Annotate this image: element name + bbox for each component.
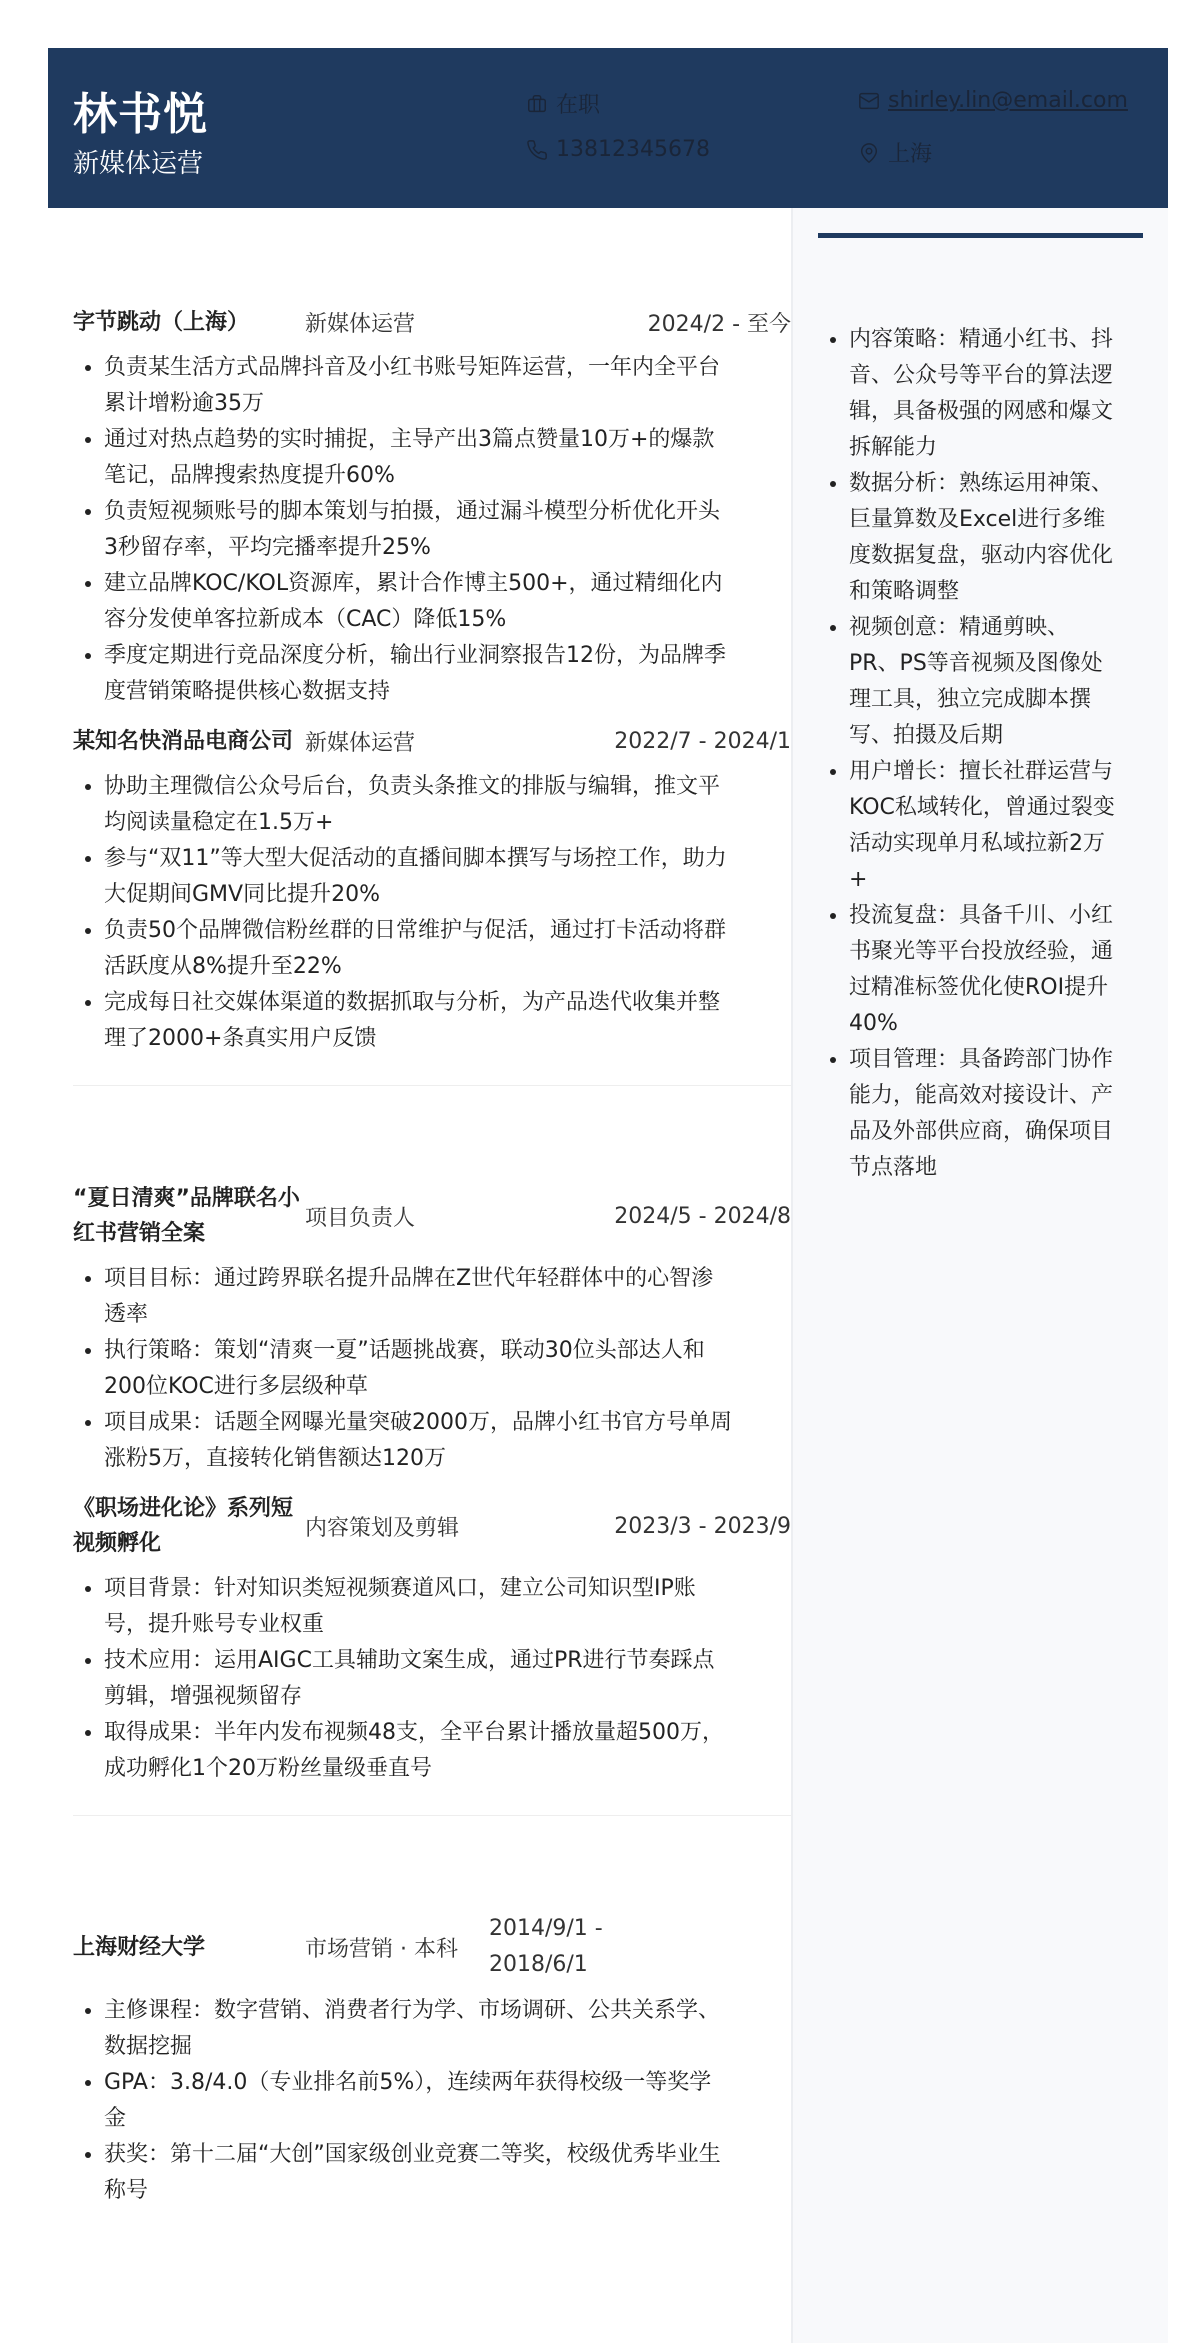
entry-org: 字节跳动（上海） bbox=[73, 305, 305, 340]
skill-item: 数据分析：熟练运用神策、巨量算数及Excel进行多维度数据复盘，驱动内容优化和策… bbox=[849, 466, 1119, 610]
bullet-item: 主修课程：数字营销、消费者行为学、市场调研、公共关系学、数据挖掘 bbox=[104, 1993, 732, 2065]
main-column: 字节跳动（上海） 新媒体运营 2024/2 - 至今 负责某生活方式品牌抖音及小… bbox=[48, 208, 791, 2343]
project-entry: 《职场进化论》系列短视频孵化 内容策划及剪辑 2023/3 - 2023/9 项… bbox=[73, 1491, 791, 1787]
bullet-item: 获奖：第十二届“大创”国家级创业竞赛二等奖，校级优秀毕业生称号 bbox=[104, 2137, 732, 2209]
bullet-item: 负责短视频账号的脚本策划与拍摄，通过漏斗模型分析优化开头3秒留存率，平均完播率提… bbox=[104, 494, 732, 566]
projects-section: “夏日清爽”品牌联名小红书营销全案 项目负责人 2024/5 - 2024/8 … bbox=[73, 1086, 791, 1816]
contact-status: 在职 bbox=[526, 88, 600, 119]
entry-header: 《职场进化论》系列短视频孵化 内容策划及剪辑 2023/3 - 2023/9 bbox=[73, 1491, 791, 1561]
entry-role: 内容策划及剪辑 bbox=[305, 1511, 505, 1542]
bullet-item: 参与“双11”等大型大促活动的直播间脚本撰写与场控工作，助力大促期间GMV同比提… bbox=[104, 841, 732, 913]
status-text: 在职 bbox=[556, 88, 600, 119]
contact-phone: 13812345678 bbox=[526, 137, 710, 162]
resume-header: 林书悦 新媒体运营 在职 13812345678 shirley.lin@ema… bbox=[48, 48, 1168, 208]
work-entry: 字节跳动（上海） 新媒体运营 2024/2 - 至今 负责某生活方式品牌抖音及小… bbox=[73, 305, 791, 710]
skill-item: 视频创意：精通剪映、PR、PS等音视频及图像处理工具，独立完成脚本撰写、拍摄及后… bbox=[849, 610, 1119, 754]
skill-item: 投流复盘：具备千川、小红书聚光等平台投放经验，通过精准标签优化使ROI提升40% bbox=[849, 898, 1119, 1042]
location-text: 上海 bbox=[888, 137, 932, 168]
mail-icon bbox=[858, 90, 880, 112]
entry-date: 2024/5 - 2024/8 bbox=[505, 1204, 791, 1229]
entry-org: “夏日清爽”品牌联名小红书营销全案 bbox=[73, 1181, 305, 1251]
bullet-item: 项目目标：通过跨界联名提升品牌在Z世代年轻群体中的心智渗透率 bbox=[104, 1261, 732, 1333]
entry-bullets: 协助主理微信公众号后台，负责头条推文的排版与编辑，推文平均阅读量稳定在1.5万+… bbox=[73, 769, 791, 1057]
map-pin-icon bbox=[858, 142, 880, 164]
entry-date: 2024/2 - 至今 bbox=[505, 307, 791, 338]
bullet-item: 建立品牌KOC/KOL资源库，累计合作博主500+，通过精细化内容分发使单客拉新… bbox=[104, 566, 732, 638]
bullet-item: 执行策略：策划“清爽一夏”话题挑战赛，联动30位头部达人和200位KOC进行多层… bbox=[104, 1333, 732, 1405]
entry-bullets: 主修课程：数字营销、消费者行为学、市场调研、公共关系学、数据挖掘 GPA：3.8… bbox=[73, 1993, 791, 2209]
contact-location: 上海 bbox=[858, 137, 932, 168]
skill-item: 项目管理：具备跨部门协作能力，能高效对接设计、产品及外部供应商，确保项目节点落地 bbox=[849, 1042, 1119, 1186]
entry-org: 《职场进化论》系列短视频孵化 bbox=[73, 1491, 305, 1561]
sidebar-accent-bar bbox=[818, 233, 1143, 238]
entry-org: 某知名快消品电商公司 bbox=[73, 724, 305, 759]
bullet-item: GPA：3.8/4.0（专业排名前5%），连续两年获得校级一等奖学金 bbox=[104, 2065, 732, 2137]
bullet-item: 通过对热点趋势的实时捕捉，主导产出3篇点赞量10万+的爆款笔记，品牌搜索热度提升… bbox=[104, 422, 732, 494]
work-section: 字节跳动（上海） 新媒体运营 2024/2 - 至今 负责某生活方式品牌抖音及小… bbox=[73, 208, 791, 1086]
contact-email: shirley.lin@email.com bbox=[858, 88, 1128, 113]
entry-role: 新媒体运营 bbox=[305, 726, 505, 757]
bullet-item: 取得成果：半年内发布视频48支，全平台累计播放量超500万，成功孵化1个20万粉… bbox=[104, 1715, 732, 1787]
entry-header: 某知名快消品电商公司 新媒体运营 2022/7 - 2024/1 bbox=[73, 724, 791, 759]
skills-list: 内容策略：精通小红书、抖音、公众号等平台的算法逻辑，具备极强的网感和爆文拆解能力… bbox=[818, 322, 1143, 1186]
entry-header: “夏日清爽”品牌联名小红书营销全案 项目负责人 2024/5 - 2024/8 bbox=[73, 1181, 791, 1251]
bullet-item: 完成每日社交媒体渠道的数据抓取与分析，为产品迭代收集并整理了2000+条真实用户… bbox=[104, 985, 732, 1057]
entry-header: 字节跳动（上海） 新媒体运营 2024/2 - 至今 bbox=[73, 305, 791, 340]
bullet-item: 技术应用：运用AIGC工具辅助文案生成，通过PR进行节奏踩点剪辑，增强视频留存 bbox=[104, 1643, 732, 1715]
entry-date: 2022/7 - 2024/1 bbox=[505, 729, 791, 754]
resume-body: 字节跳动（上海） 新媒体运营 2024/2 - 至今 负责某生活方式品牌抖音及小… bbox=[48, 208, 1168, 2343]
entry-bullets: 项目背景：针对知识类短视频赛道风口，建立公司知识型IP账号，提升账号专业权重 技… bbox=[73, 1571, 791, 1787]
phone-text: 13812345678 bbox=[556, 137, 710, 162]
entry-date: 2014/9/1 - 2018/6/1 bbox=[489, 1911, 649, 1983]
entry-role: 新媒体运营 bbox=[305, 307, 505, 338]
phone-icon bbox=[526, 139, 548, 161]
entry-org: 上海财经大学 bbox=[73, 1930, 305, 1965]
skill-item: 内容策略：精通小红书、抖音、公众号等平台的算法逻辑，具备极强的网感和爆文拆解能力 bbox=[849, 322, 1119, 466]
entry-header: 上海财经大学 市场营销 · 本科 2014/9/1 - 2018/6/1 bbox=[73, 1911, 791, 1983]
bullet-item: 项目背景：针对知识类短视频赛道风口，建立公司知识型IP账号，提升账号专业权重 bbox=[104, 1571, 732, 1643]
entry-bullets: 负责某生活方式品牌抖音及小红书账号矩阵运营，一年内全平台累计增粉逾35万 通过对… bbox=[73, 350, 791, 710]
entry-bullets: 项目目标：通过跨界联名提升品牌在Z世代年轻群体中的心智渗透率 执行策略：策划“清… bbox=[73, 1261, 791, 1477]
project-entry: “夏日清爽”品牌联名小红书营销全案 项目负责人 2024/5 - 2024/8 … bbox=[73, 1181, 791, 1477]
education-entry: 上海财经大学 市场营销 · 本科 2014/9/1 - 2018/6/1 主修课… bbox=[73, 1911, 791, 2209]
briefcase-icon bbox=[526, 93, 548, 115]
candidate-title: 新媒体运营 bbox=[73, 143, 203, 180]
education-section: 上海财经大学 市场营销 · 本科 2014/9/1 - 2018/6/1 主修课… bbox=[73, 1816, 791, 2209]
bullet-item: 协助主理微信公众号后台，负责头条推文的排版与编辑，推文平均阅读量稳定在1.5万+ bbox=[104, 769, 732, 841]
bullet-item: 季度定期进行竞品深度分析，输出行业洞察报告12份，为品牌季度营销策略提供核心数据… bbox=[104, 638, 732, 710]
sidebar: 内容策略：精通小红书、抖音、公众号等平台的算法逻辑，具备极强的网感和爆文拆解能力… bbox=[791, 208, 1168, 2343]
bullet-item: 项目成果：话题全网曝光量突破2000万，品牌小红书官方号单周涨粉5万，直接转化销… bbox=[104, 1405, 732, 1477]
skill-item: 用户增长：擅长社群运营与KOC私域转化，曾通过裂变活动实现单月私域拉新2万+ bbox=[849, 754, 1119, 898]
bullet-item: 负责某生活方式品牌抖音及小红书账号矩阵运营，一年内全平台累计增粉逾35万 bbox=[104, 350, 732, 422]
resume: 林书悦 新媒体运营 在职 13812345678 shirley.lin@ema… bbox=[48, 48, 1168, 2343]
candidate-name: 林书悦 bbox=[73, 78, 208, 142]
entry-role: 项目负责人 bbox=[305, 1201, 505, 1232]
entry-role: 市场营销 · 本科 bbox=[305, 1932, 505, 1963]
work-entry: 某知名快消品电商公司 新媒体运营 2022/7 - 2024/1 协助主理微信公… bbox=[73, 724, 791, 1057]
entry-date: 2023/3 - 2023/9 bbox=[505, 1514, 791, 1539]
bullet-item: 负责50个品牌微信粉丝群的日常维护与促活，通过打卡活动将群活跃度从8%提升至22… bbox=[104, 913, 732, 985]
email-link[interactable]: shirley.lin@email.com bbox=[888, 88, 1128, 113]
